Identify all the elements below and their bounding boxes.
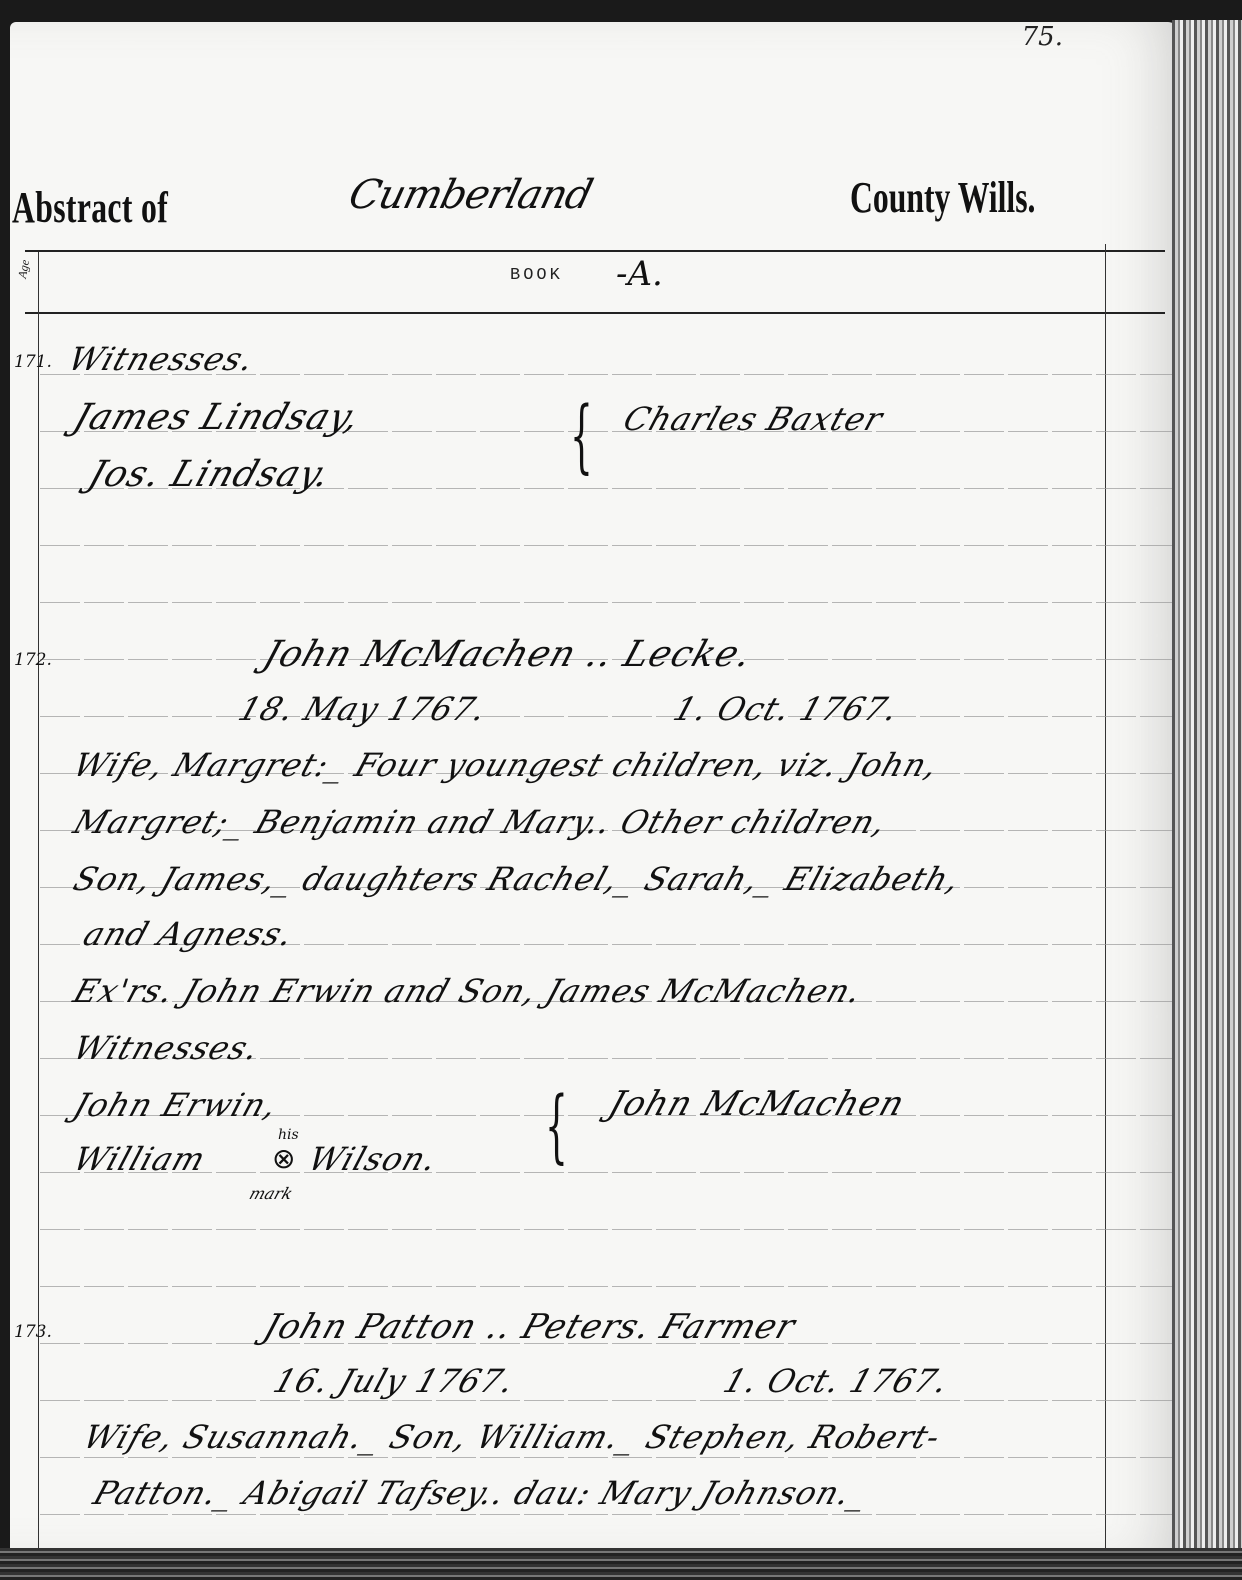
witness-name-first: William xyxy=(69,1140,211,1178)
entry-name-line: John McMachen .. Lecke. xyxy=(258,634,757,675)
body-line: Wife, Margret:_ Four youngest children, … xyxy=(69,746,944,784)
ruled-line xyxy=(40,1286,1178,1287)
body-line: Patton._ Abigail Tafsey.. dau: Mary John… xyxy=(89,1474,873,1512)
body-line: Margret;_ Benjamin and Mary.. Other chil… xyxy=(69,803,892,841)
book-label: BOOK xyxy=(510,266,563,285)
signature-mark-icon: ⊗ xyxy=(272,1142,295,1175)
body-line: and Agness. xyxy=(79,915,299,953)
entry-line: Witnesses. xyxy=(64,340,260,378)
page-number: 75. xyxy=(1022,22,1063,52)
mark-label: mark xyxy=(247,1184,295,1203)
header-county-wills: County Wills. xyxy=(850,172,1035,223)
body-line: Wife, Susannah._ Son, William._ Stephen,… xyxy=(79,1418,946,1456)
entry-name-line: John Patton .. Peters. Farmer xyxy=(259,1307,801,1347)
witness-name: James Lindsay, xyxy=(68,397,365,438)
body-line: Ex'rs. John Erwin and Son, James McMache… xyxy=(69,972,867,1010)
testator-signature: Charles Baxter xyxy=(619,400,888,438)
date-written: 16. July 1767. xyxy=(269,1362,520,1400)
page-edges xyxy=(1172,20,1242,1560)
testator-signature: John McMachen xyxy=(604,1084,911,1124)
entry-number: 172. xyxy=(14,650,52,670)
ruled-line xyxy=(40,602,1178,603)
header-rule xyxy=(25,250,1165,252)
right-column-line xyxy=(1105,244,1106,1552)
body-line: Son, James,_ daughters Rachel,_ Sarah,_ … xyxy=(69,860,966,898)
ruled-line xyxy=(40,1172,1178,1173)
date-proved: 1. Oct. 1767. xyxy=(669,690,904,728)
margin-column-line xyxy=(38,252,39,1552)
brace: { xyxy=(545,1082,568,1172)
book-value: -A. xyxy=(616,254,663,294)
body-line: Witnesses. xyxy=(69,1029,265,1067)
book-rule xyxy=(25,312,1165,314)
header-abstract-of: Abstract of xyxy=(12,182,168,233)
witness-name: John Erwin, xyxy=(69,1086,283,1124)
witness-name: Jos. Lindsay. xyxy=(83,454,335,495)
mark-his: his xyxy=(278,1127,299,1143)
date-proved: 1. Oct. 1767. xyxy=(719,1362,954,1400)
ruled-line xyxy=(40,716,1178,717)
witness-name-last: Wilson. xyxy=(304,1140,443,1178)
ruled-line xyxy=(40,1229,1178,1230)
book-bottom-edge xyxy=(0,1548,1242,1580)
county-name: Cumberland xyxy=(344,172,596,218)
age-column-header: Age xyxy=(15,238,37,280)
ledger-page: 75. Abstract of Cumberland County Wills.… xyxy=(10,22,1178,1552)
ruled-line xyxy=(40,1514,1178,1515)
date-written: 18. May 1767. xyxy=(234,690,492,728)
brace: { xyxy=(570,392,593,482)
ruled-line xyxy=(40,1400,1178,1401)
ruled-line xyxy=(40,545,1178,546)
ruled-line xyxy=(40,1457,1178,1458)
entry-number: 171. xyxy=(14,352,52,372)
entry-number: 173. xyxy=(14,1322,52,1342)
